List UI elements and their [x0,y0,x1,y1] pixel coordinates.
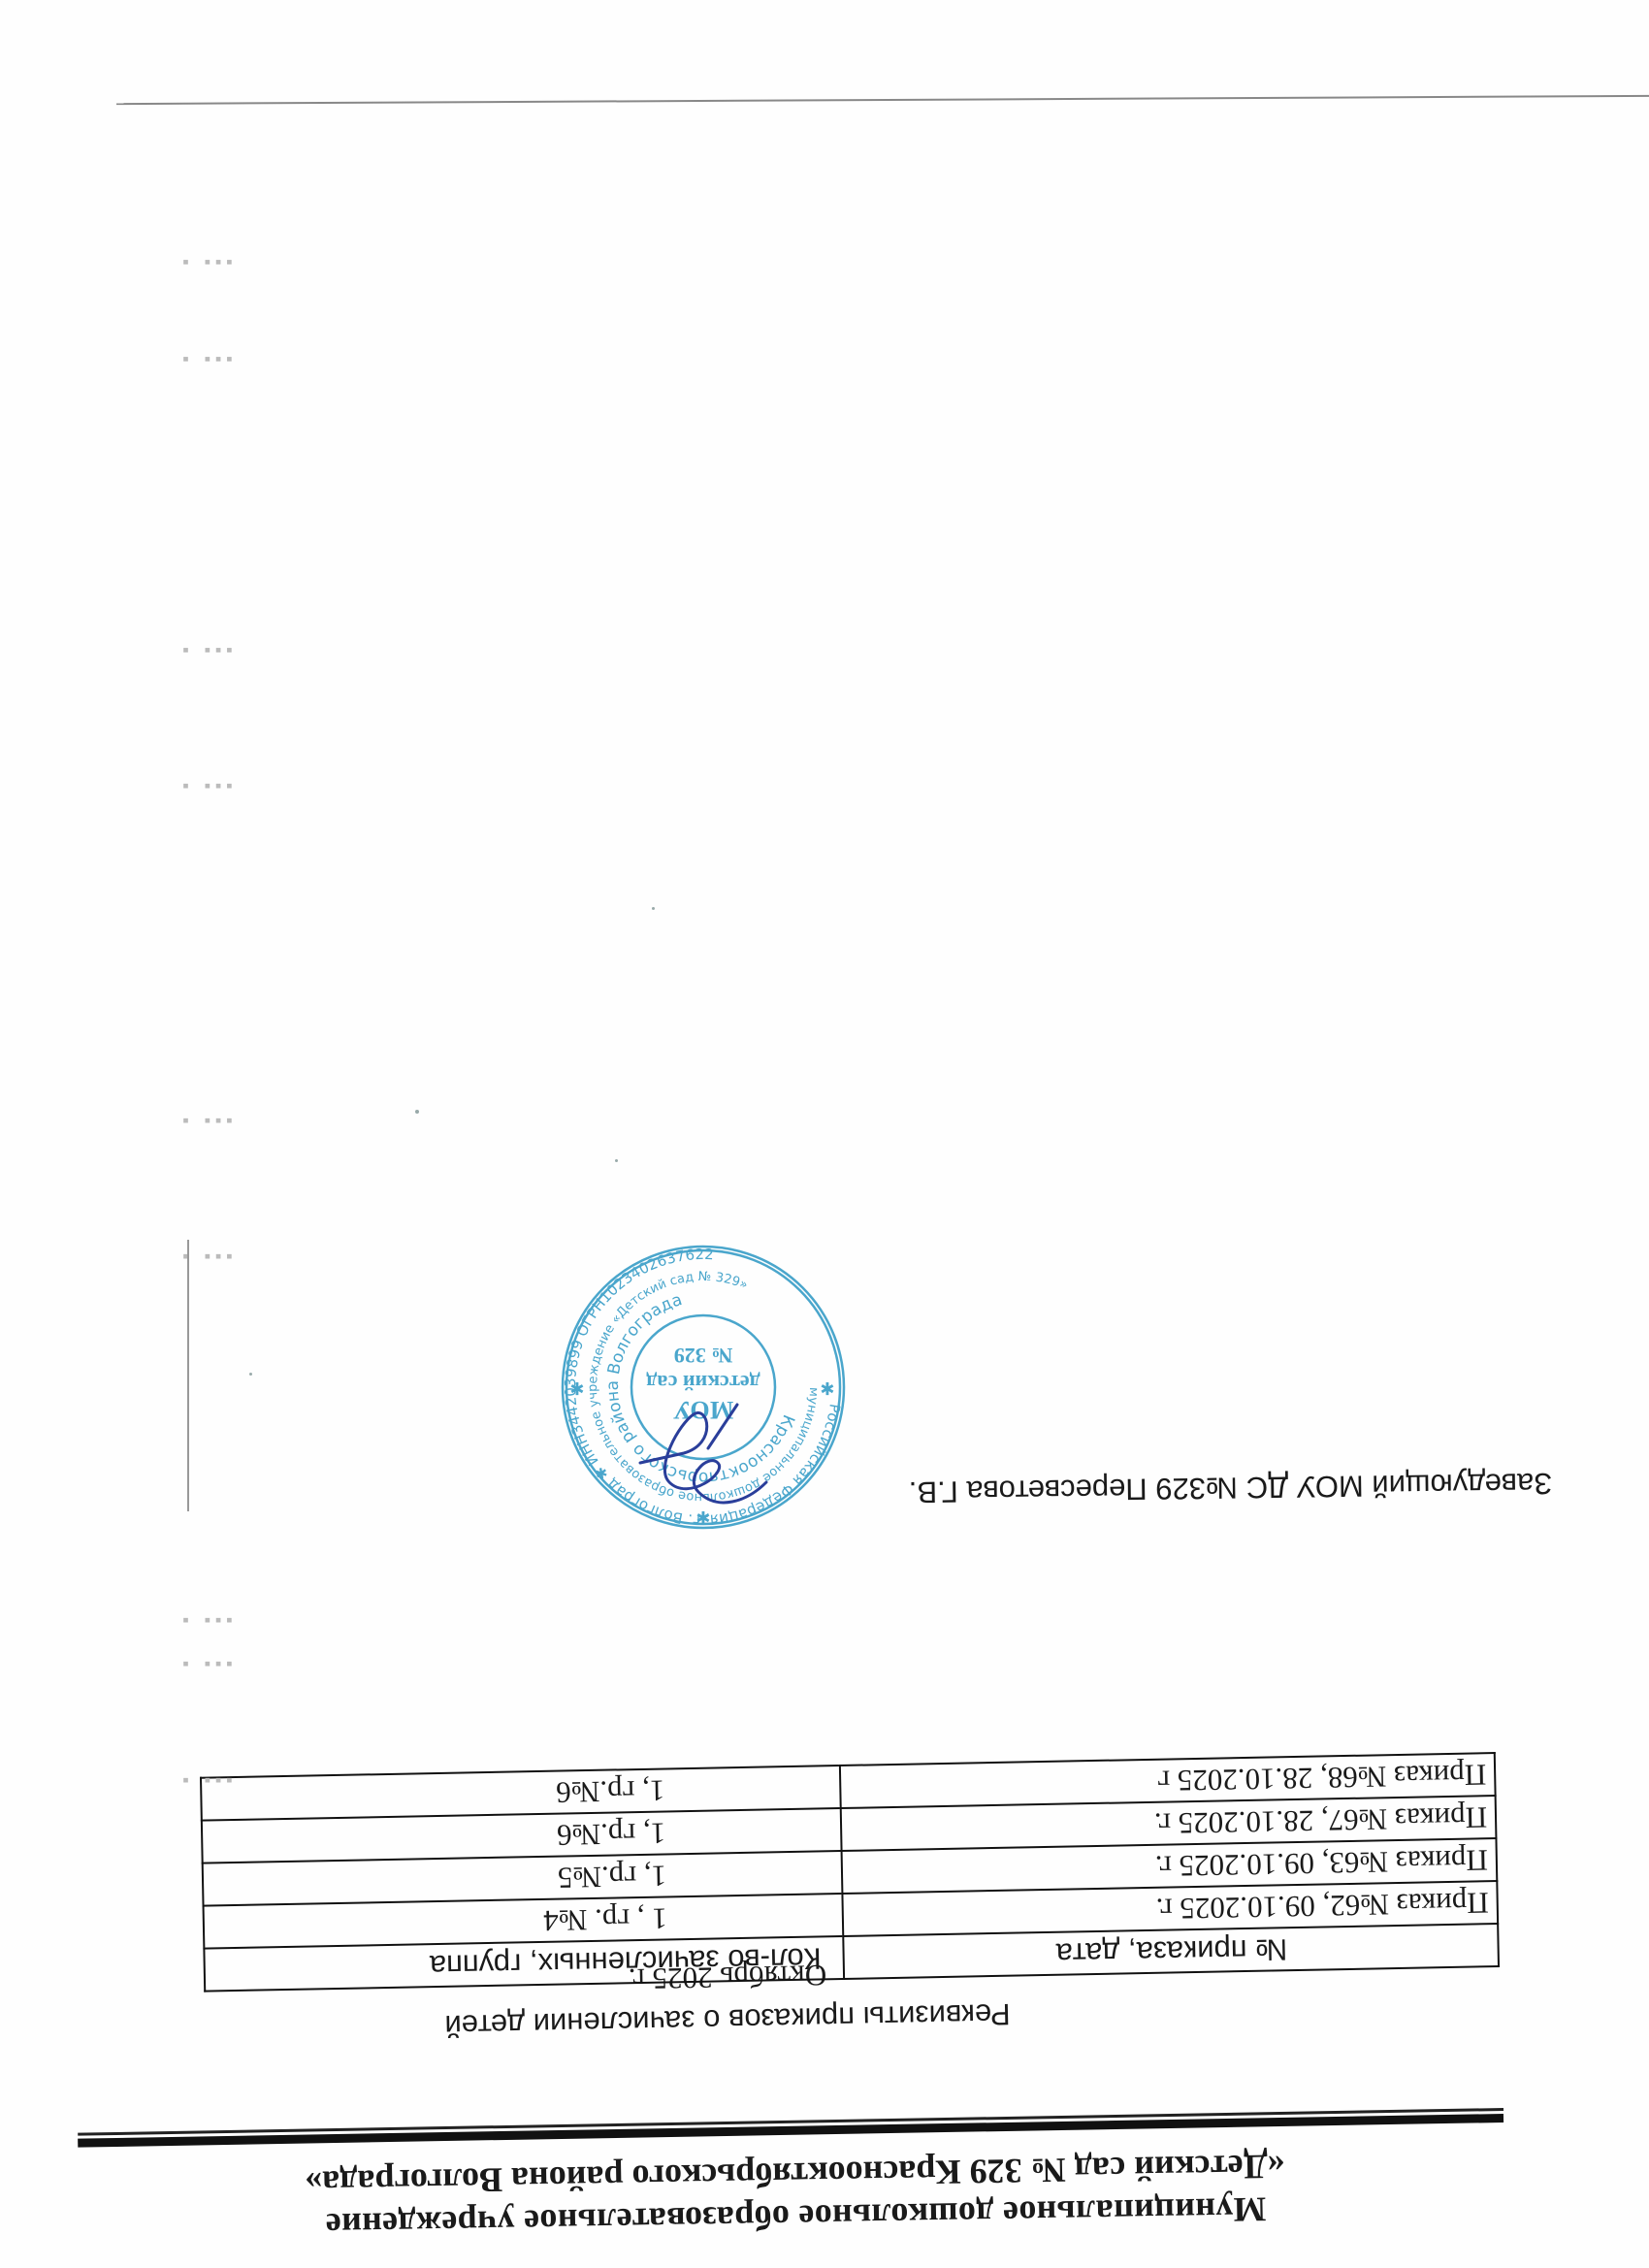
letterhead: Муниципальное дошкольное образовательное… [86,2141,1503,2251]
scan-mark: ▪▪▪ ▪ [175,1774,233,1788]
svg-text:✱: ✱ [820,1377,834,1398]
scan-speck [249,1373,252,1376]
scan-mark: ▪▪▪ ▪ [175,353,233,367]
scan-speck [615,1159,618,1162]
scan-margin-rule [187,1240,189,1511]
svg-text:детский сад: детский сад [646,1371,760,1395]
scan-mark: ▪▪▪ ▪ [175,780,233,794]
scan-mark: ▪▪▪ ▪ [175,1250,233,1264]
svg-text:№ 329: № 329 [674,1344,733,1368]
scan-mark: ▪▪▪ ▪ [175,1658,233,1671]
scan-edge-line [116,95,1649,105]
scan-mark: ▪▪▪ ▪ [175,1115,233,1128]
orders-table: № приказа, дата Кол-во зачисленных, груп… [200,1752,1500,1993]
scan-mark: ▪▪▪ ▪ [175,256,233,270]
scanned-page: Муниципальное дошкольное образовательное… [0,0,1649,2268]
scan-speck [415,1110,419,1114]
handwritten-signature-icon [630,1395,776,1521]
scan-mark: ▪▪▪ ▪ [175,644,233,658]
svg-text:✱: ✱ [569,1377,584,1398]
orders-table-wrap: № приказа, дата Кол-во зачисленных, груп… [200,1752,1500,1993]
scan-mark: ▪▪▪ ▪ [175,1614,233,1628]
scan-speck [652,907,655,910]
